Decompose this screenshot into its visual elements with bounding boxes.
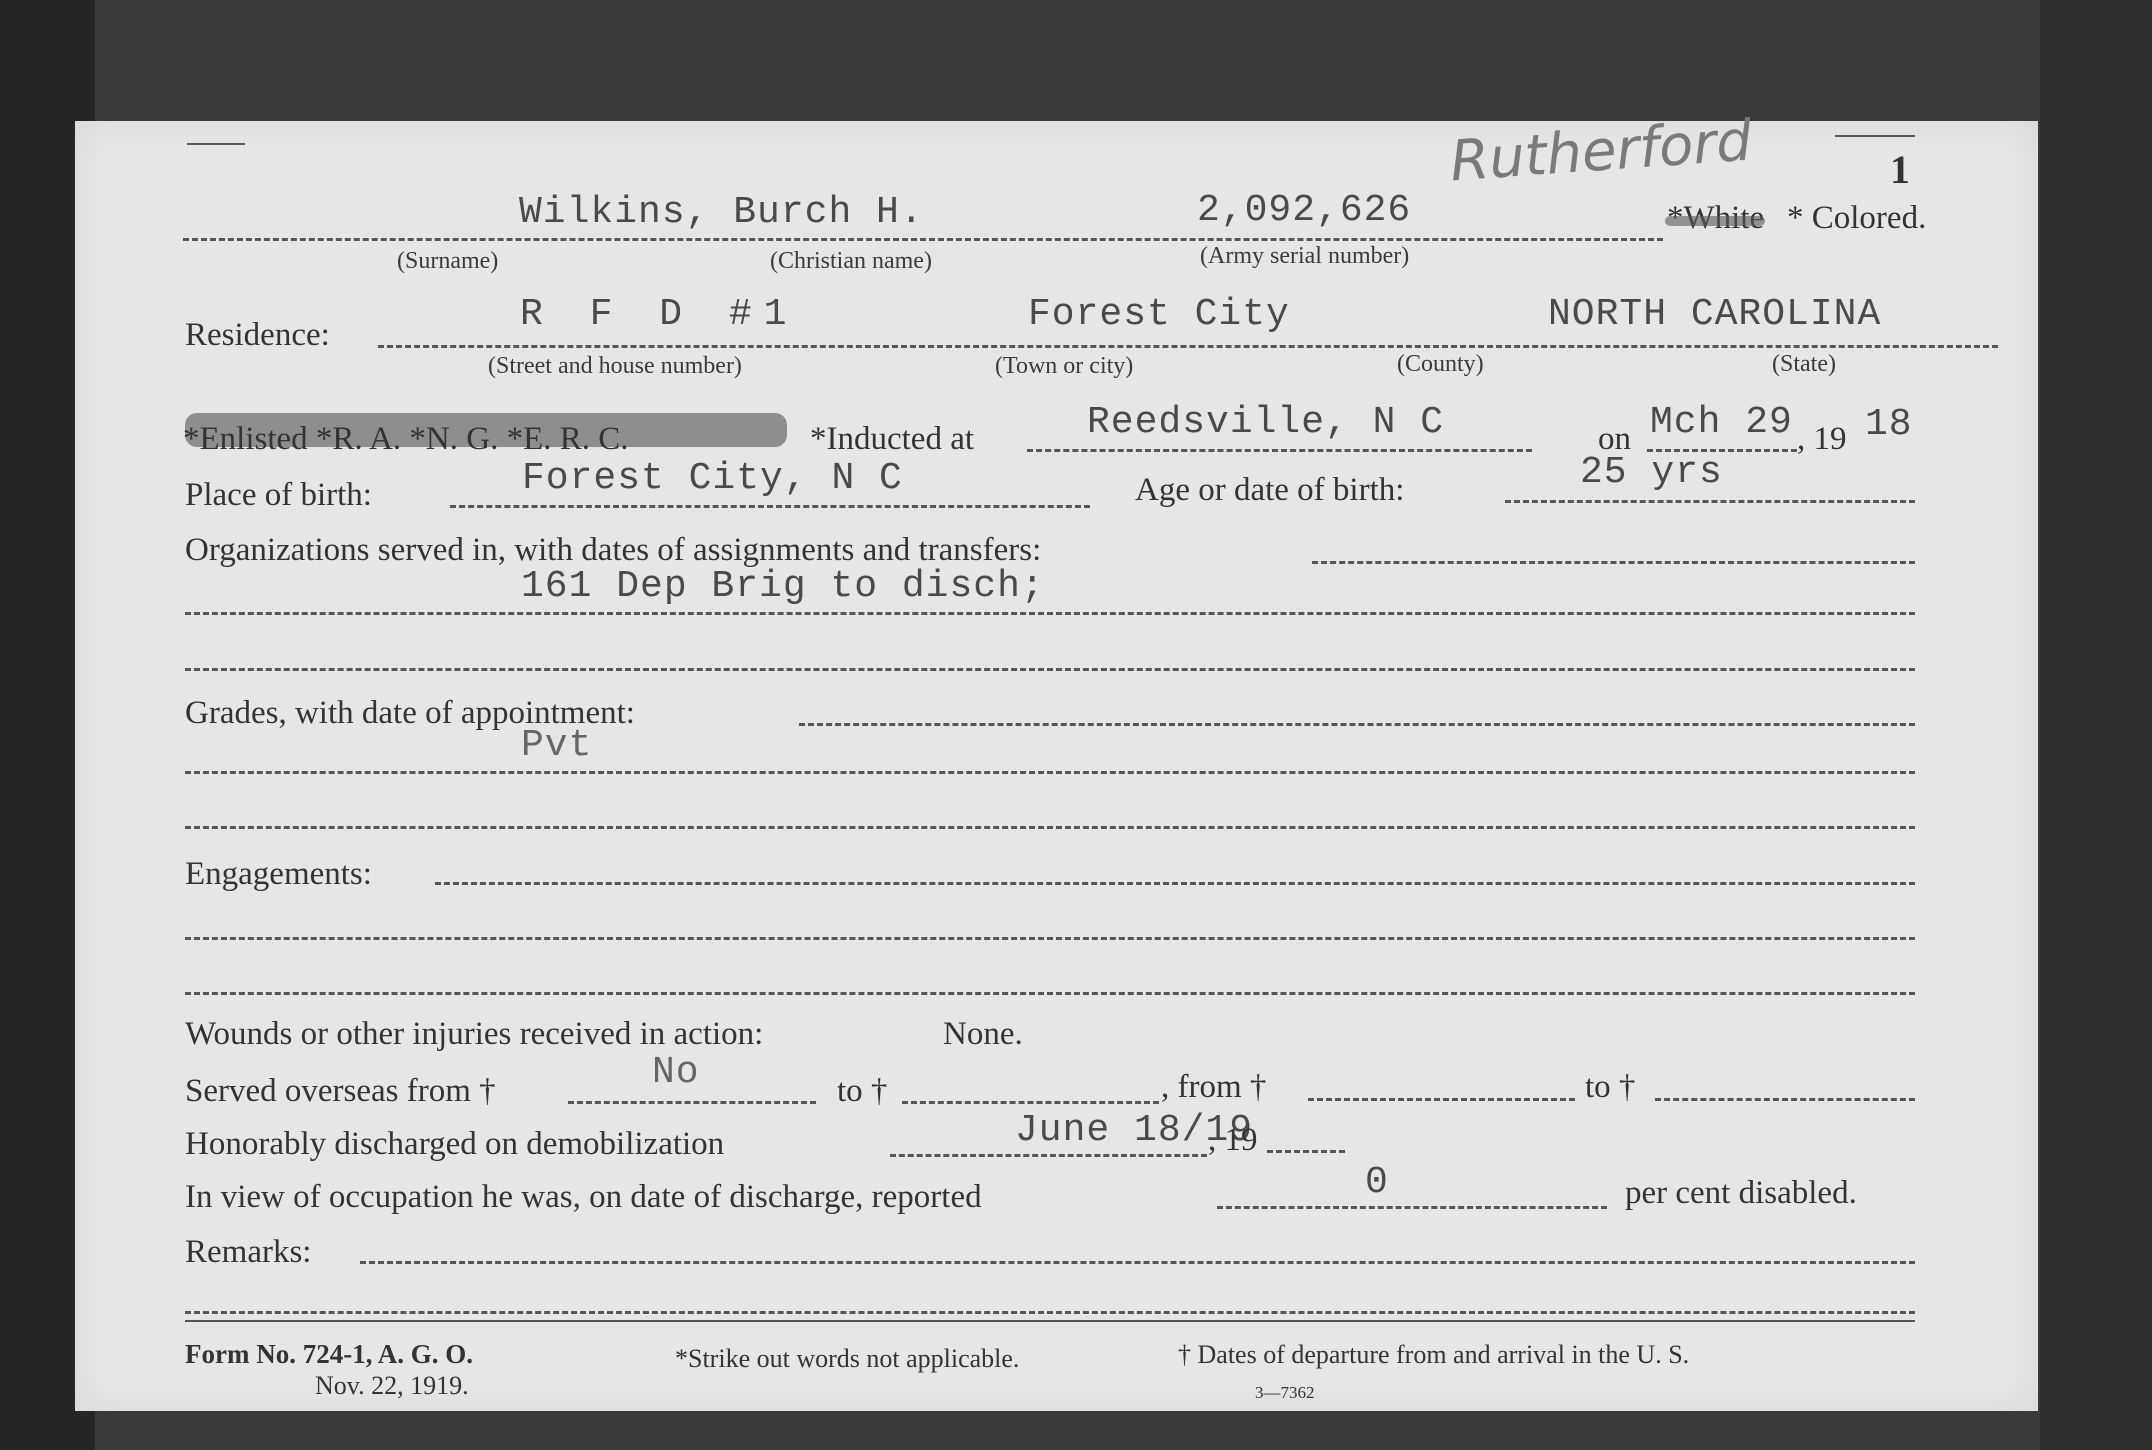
grades-line-3 [185, 826, 1915, 829]
grades-line-2 [185, 771, 1915, 774]
form-number: Form No. 724-1, A. G. O. [185, 1339, 473, 1370]
organizations-label: Organizations served in, with dates of a… [185, 532, 1041, 569]
engagements-line-1 [435, 882, 1915, 885]
overseas-from2-line [1308, 1098, 1575, 1101]
town-caption: (Town or city) [995, 353, 1133, 380]
year-prefix: , 19 [1797, 421, 1847, 458]
induction-date-value: Mch 29 [1650, 401, 1793, 444]
wounds-value: None. [943, 1016, 1023, 1053]
organizations-line-3 [185, 668, 1915, 671]
discharge-date-line [890, 1154, 1207, 1157]
remarks-line-2 [185, 1311, 1915, 1314]
overseas-from-line [568, 1101, 816, 1104]
discharge-label: Honorably discharged on demobilization [185, 1126, 724, 1163]
organizations-line-2 [185, 612, 1915, 615]
service-record-card: 1 Rutherford Wilkins, Burch H. 2,092,626… [75, 121, 2038, 1411]
overseas-to-line [902, 1101, 1159, 1104]
age-value: 25 yrs [1580, 451, 1723, 494]
grades-line-1 [799, 723, 1915, 726]
top-left-rule [187, 143, 245, 145]
residence-line [378, 345, 1998, 348]
place-of-birth-line [450, 505, 1090, 508]
footer-rule [185, 1320, 1915, 1322]
serial-caption: (Army serial number) [1200, 243, 1409, 270]
name-value: Wilkins, Burch H. [519, 191, 924, 234]
inducted-label: *Inducted at [810, 421, 974, 458]
top-right-rule [1835, 135, 1915, 137]
grades-value: Pvt [521, 724, 592, 767]
county-annotation: Rutherford [1448, 109, 1754, 195]
card-number: 1 [1890, 146, 1910, 193]
remarks-line-1 [360, 1261, 1915, 1264]
remarks-label: Remarks: [185, 1234, 311, 1271]
inducted-at-value: Reedsville, N C [1087, 401, 1444, 444]
surname-caption: (Surname) [397, 248, 498, 275]
disability-line [1217, 1206, 1607, 1209]
age-line [1505, 500, 1915, 503]
serial-number-value: 2,092,626 [1197, 189, 1411, 232]
disability-label: In view of occupation he was, on date of… [185, 1179, 982, 1216]
place-of-birth-value: Forest City, N C [522, 457, 903, 500]
residence-label: Residence: [185, 317, 330, 354]
inducted-line [1027, 449, 1532, 452]
engagements-line-2 [185, 937, 1915, 940]
enlisted-options: *Enlisted *R. A. *N. G. *E. R. C. [183, 421, 629, 458]
age-label: Age or date of birth: [1135, 472, 1404, 509]
state-caption: (State) [1772, 351, 1836, 378]
place-of-birth-label: Place of birth: [185, 477, 372, 514]
wounds-label: Wounds or other injuries received in act… [185, 1016, 763, 1053]
race-white-strikeout [1665, 216, 1765, 226]
overseas-to-label: to † [837, 1073, 887, 1110]
residence-town-value: Forest City [1028, 293, 1290, 336]
disability-suffix: per cent disabled. [1625, 1175, 1857, 1212]
discharge-year-label: , 19 [1208, 1122, 1258, 1159]
organizations-value: 161 Dep Brig to disch; [521, 565, 1045, 608]
overseas-to2-line [1655, 1098, 1915, 1101]
christian-name-caption: (Christian name) [770, 248, 932, 275]
engagements-line-3 [185, 992, 1915, 995]
form-date: Nov. 22, 1919. [315, 1371, 469, 1401]
discharge-year-line [1267, 1150, 1345, 1153]
overseas-from-value: No [652, 1051, 700, 1094]
strike-note: *Strike out words not applicable. [675, 1344, 1019, 1374]
county-caption: (County) [1397, 351, 1484, 378]
overseas-label: Served overseas from † [185, 1073, 496, 1110]
organizations-line-1 [1312, 561, 1915, 564]
race-colored-option: * Colored. [1787, 200, 1926, 237]
engagements-label: Engagements: [185, 856, 372, 893]
induction-year-value: 18 [1865, 403, 1913, 446]
print-code: 3—7362 [1255, 1383, 1315, 1403]
street-caption: (Street and house number) [488, 353, 742, 380]
residence-street-value: R F D #1 [520, 293, 798, 336]
dates-note: † Dates of departure from and arrival in… [1178, 1340, 1689, 1370]
scan-border-right [2040, 0, 2152, 1450]
overseas-to2-label: to † [1585, 1069, 1635, 1106]
name-line [183, 238, 1663, 241]
residence-state-value: NORTH CAROLINA [1548, 293, 1881, 336]
disability-value: 0 [1365, 1161, 1389, 1204]
overseas-from2-label: , from † [1161, 1069, 1266, 1106]
